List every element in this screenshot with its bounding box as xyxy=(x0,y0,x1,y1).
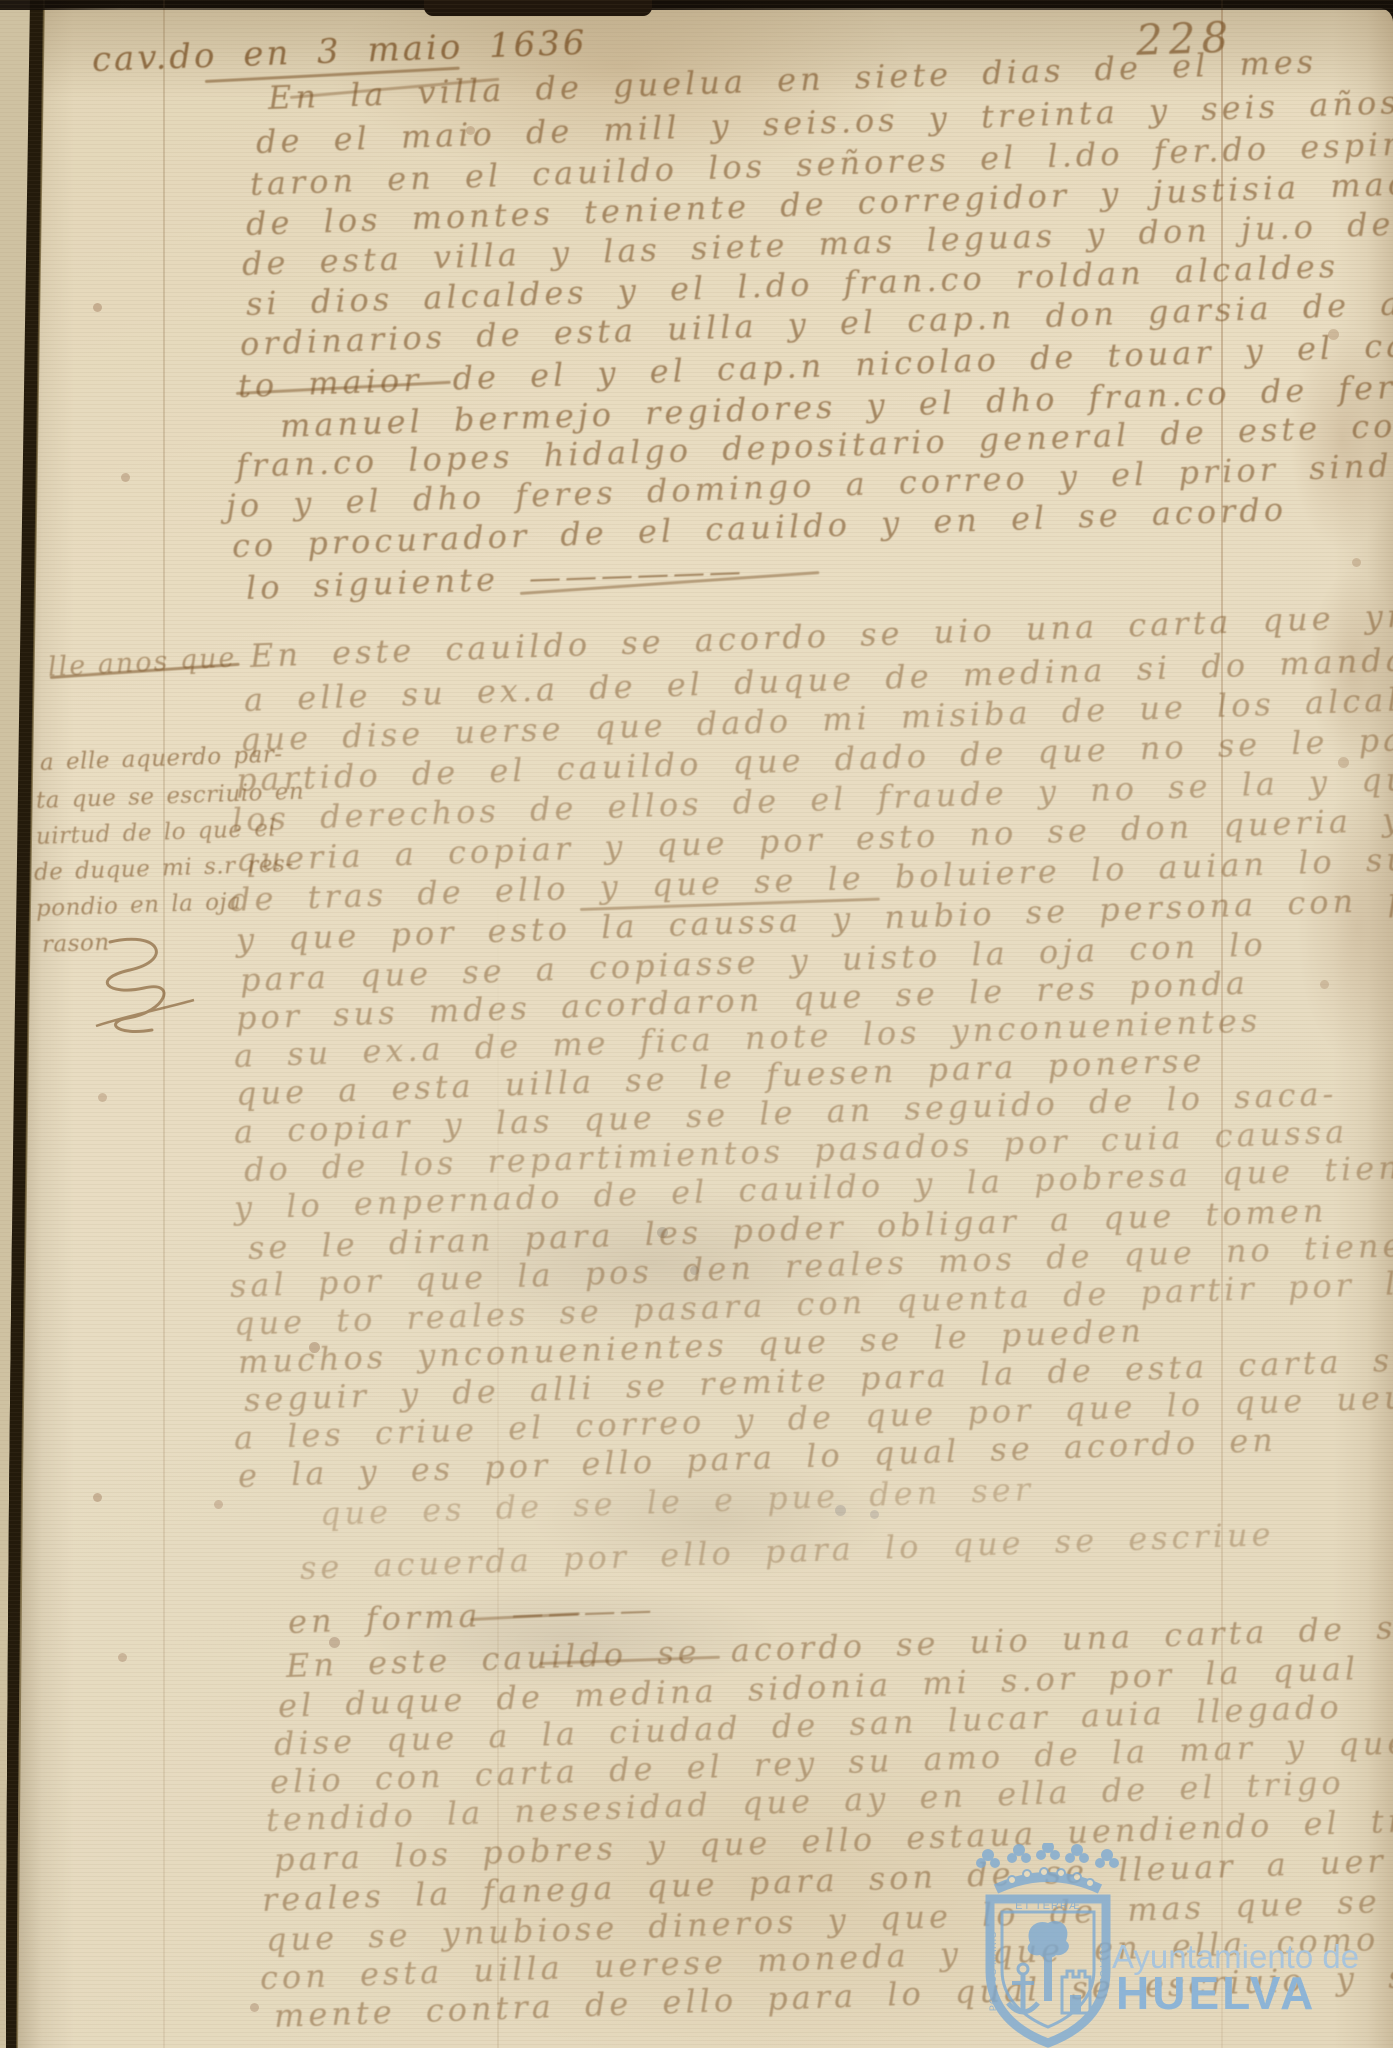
manuscript-page xyxy=(12,8,1393,2048)
foxing-spots xyxy=(0,0,5,5)
manuscript-scan: cav.do en 3 maio 1636 228 lle anos que a… xyxy=(0,0,1393,2048)
